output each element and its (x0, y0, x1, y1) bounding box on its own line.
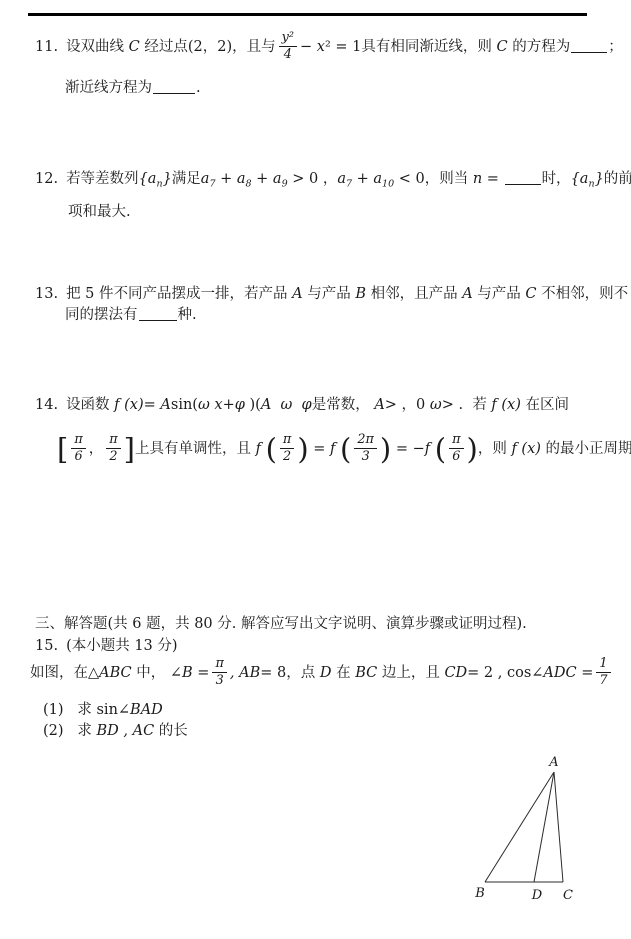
question-15-intro: 如图，在△ABC 中， ∠B =π3, AB= 8，点 D 在 BC 边上，且 … (30, 657, 614, 689)
text-segment: (1) (43, 702, 77, 718)
text-segment: C (129, 39, 145, 55)
text-segment: = (309, 441, 330, 457)
text-segment: 求 (77, 723, 96, 739)
text-segment: 的方程为 (512, 39, 570, 55)
text-segment: ； (608, 39, 623, 55)
text-segment: 时， (542, 171, 571, 187)
text-segment: {a (139, 171, 157, 187)
text-segment: ² = 1 (325, 39, 361, 55)
text-segment: 与产品 (307, 286, 355, 302)
text-segment: + a (352, 171, 382, 187)
question-11-line-2: 渐近线方程为. (65, 79, 201, 97)
question-12-line-1: 12.若等差数列{an}满足a7 + a8 + a9 > 0 ，a7 + a10… (35, 170, 631, 190)
text-segment: (本小题共 13 分) (66, 638, 177, 654)
text-segment: 如图，在 (30, 665, 88, 681)
text-segment: 满足 (172, 171, 201, 187)
text-segment: 设双曲线 (66, 39, 129, 55)
vertex-label-c: C (563, 888, 573, 903)
text-segment: x (317, 39, 325, 55)
text-segment: . (196, 80, 201, 96)
text-segment: CD (444, 665, 467, 681)
text-segment: 10 (382, 179, 394, 190)
text-segment: 若等差数列 (66, 171, 139, 187)
text-segment: f (256, 441, 266, 457)
text-segment: 的最小正周期为 (546, 441, 631, 457)
text-segment: ∠BAD (118, 702, 163, 718)
text-segment: ，点 (286, 665, 320, 681)
fraction: 2π3 (354, 433, 377, 465)
text-segment: ) (380, 432, 391, 466)
question-15-head: 15.(本小题共 13 分) (35, 637, 178, 655)
text-segment: − (300, 39, 317, 55)
text-segment: ∠ADC (531, 665, 576, 681)
text-segment: , AB (230, 665, 260, 681)
text-segment: 13. (35, 285, 58, 303)
question-11-line-1: 11.设双曲线 C 经过点(2，2)，且与y²4− x² = 1具有相同渐近线，… (35, 31, 623, 63)
text-segment: < 0 (394, 171, 425, 187)
text-segment: ) (467, 432, 478, 466)
text-segment: BC (355, 665, 382, 681)
text-segment: f (x) (491, 397, 525, 413)
text-segment: ， (89, 441, 104, 457)
text-segment: 在 (336, 665, 355, 681)
text-segment: D (320, 665, 336, 681)
text-segment: 具有相同渐近线，则 (361, 39, 496, 55)
text-segment: f (x) (511, 441, 545, 457)
text-segment: A ω φ (261, 397, 312, 413)
text-segment: = 2 , cos (467, 665, 531, 681)
fraction: 17 (596, 657, 610, 689)
question-15-item-2: (2) 求 BD , AC 的长 (43, 722, 188, 740)
question-13-line-2: 同的摆法有种. (65, 306, 197, 324)
text-segment: 上具有单调性，且 (135, 441, 256, 457)
text-segment: 三、解答题(共 6 题，共 80 分. 解答应写出文字说明、演算步骤或证明过程)… (35, 616, 527, 632)
text-segment: 经过点 (144, 39, 188, 55)
text-segment: ABC (99, 665, 136, 681)
text-segment: 11. (35, 38, 58, 56)
text-segment: ω (430, 397, 442, 413)
text-segment: ，则 (478, 441, 512, 457)
text-segment: B (355, 286, 370, 302)
text-segment: A (462, 286, 477, 302)
text-segment: ( (266, 432, 277, 466)
text-segment: 设函数 (66, 397, 114, 413)
text-segment: + a (216, 171, 246, 187)
text-segment: 的长 (159, 723, 188, 739)
answer-blank (139, 308, 177, 321)
text-segment: + a (252, 171, 282, 187)
text-segment: A (292, 286, 307, 302)
text-segment: 同的摆法有 (65, 307, 138, 323)
text-segment: ω x+φ (198, 397, 245, 413)
text-segment: {a (571, 171, 589, 187)
text-segment: f (330, 441, 340, 457)
text-segment: 在区间 (526, 397, 570, 413)
text-segment: 不相邻，则不 (541, 286, 628, 302)
question-15-item-1: (1) 求 sin∠BAD (43, 701, 163, 719)
text-segment: 求 (77, 702, 96, 718)
text-segment: BD , AC (96, 723, 158, 739)
text-segment: (2) (43, 723, 77, 739)
text-segment: ] (124, 432, 135, 466)
text-segment: ，则当 (425, 171, 473, 187)
text-segment: 若 (472, 397, 491, 413)
text-segment: sin (96, 702, 117, 718)
text-segment: = (577, 665, 594, 681)
vertex-label-d: D (531, 888, 543, 903)
text-segment: } (163, 171, 172, 187)
question-12-line-2: 项和最大. (68, 203, 131, 221)
exam-page: { "page": { "background": "#ffffff", "te… (0, 0, 631, 939)
text-segment: ( (435, 432, 446, 466)
text-segment: n = (473, 171, 504, 187)
text-segment: C (497, 39, 513, 55)
fraction: π6 (71, 433, 85, 465)
text-segment: [ (57, 432, 68, 466)
text-segment: 种. (178, 307, 197, 323)
page-top-rule (28, 13, 587, 16)
text-segment: f (425, 441, 435, 457)
question-14-line-2: [π6，π2]上具有单调性，且 f (π2) = f (2π3) = −f (π… (57, 433, 631, 465)
text-segment: = − (391, 441, 425, 457)
text-segment: 是常数， (312, 397, 375, 413)
text-segment: 中， (136, 665, 170, 681)
fraction: π3 (212, 657, 226, 689)
answer-blank (505, 172, 541, 185)
text-segment: C (525, 286, 541, 302)
text-segment: f (x)= A (114, 397, 171, 413)
text-segment: 把 5 件不同产品摆成一排，若产品 (66, 286, 292, 302)
text-segment: } (595, 171, 604, 187)
text-segment: > ，0 (385, 397, 430, 413)
text-segment: a (337, 171, 346, 187)
answer-blank (153, 81, 195, 94)
fraction: y²4 (279, 31, 297, 63)
text-segment: sin( (171, 397, 198, 413)
triangle-side-ac (554, 772, 563, 882)
triangle-figure: A B D C (470, 750, 595, 905)
fraction: π6 (449, 433, 463, 465)
text-segment: 与产品 (477, 286, 525, 302)
text-segment: > 0 ， (288, 171, 338, 187)
question-13-line-1: 13.把 5 件不同产品摆成一排，若产品 A 与产品 B 相邻，且产品 A 与产… (35, 285, 628, 303)
text-segment: ∠B = (170, 665, 210, 681)
text-segment: ( (340, 432, 351, 466)
text-segment: 的前 (604, 171, 631, 187)
text-segment: = 8 (260, 665, 286, 681)
vertex-label-a: A (548, 755, 558, 770)
text-segment: A (374, 397, 384, 413)
text-segment: 相邻，且产品 (371, 286, 463, 302)
text-segment: 渐近线方程为 (65, 80, 152, 96)
text-segment: 14. (35, 396, 58, 414)
text-segment: ) (297, 432, 308, 466)
text-segment: 项和最大. (68, 204, 131, 220)
text-segment: △ (88, 665, 99, 681)
vertex-label-b: B (474, 886, 485, 901)
text-segment: 边上，且 (382, 665, 445, 681)
text-segment: (2，2) (188, 39, 232, 55)
text-segment: > . (442, 397, 473, 413)
section-3-heading: 三、解答题(共 6 题，共 80 分. 解答应写出文字说明、演算步骤或证明过程)… (35, 615, 527, 633)
text-segment: 12. (35, 170, 58, 188)
text-segment: )( (245, 397, 261, 413)
fraction: π2 (280, 433, 294, 465)
text-segment: 15. (35, 637, 58, 655)
answer-blank (571, 40, 607, 53)
question-14-line-1: 14.设函数 f (x)= Asin(ω x+φ )(A ω φ是常数， A> … (35, 396, 569, 414)
text-segment: ，且与 (232, 39, 276, 55)
fraction: π2 (106, 433, 120, 465)
